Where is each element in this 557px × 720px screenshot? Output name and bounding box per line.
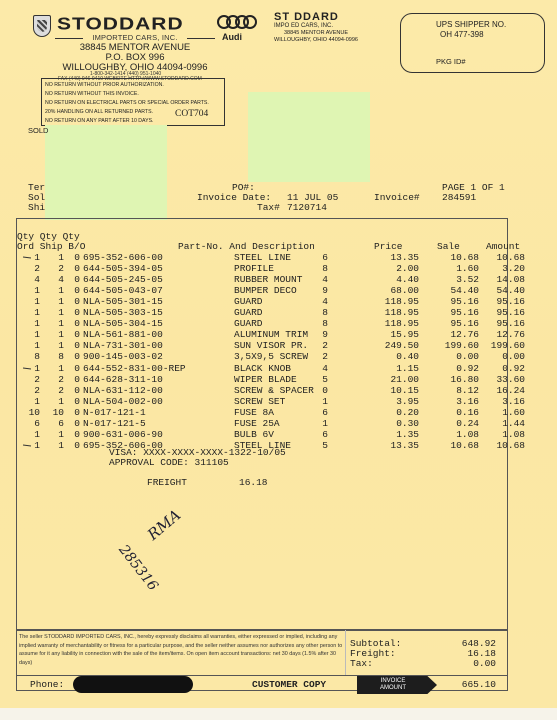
freight-note-value: 16.18	[239, 477, 268, 488]
tax-total-value: 0.00	[430, 658, 496, 669]
badge-line-2: AMOUNT	[357, 685, 429, 692]
sub-brand: IMPORTED CARS, INC.	[55, 33, 215, 42]
policy-code: COT704	[175, 109, 208, 119]
price-header: Price	[374, 241, 403, 252]
badge-line-1: INVOICE	[357, 678, 429, 685]
redacted-phone	[73, 676, 193, 693]
policy-line: NO RETURN WITHOUT PRIOR AUTHORIZATION.	[45, 81, 221, 90]
ship-label: Shi	[28, 203, 45, 213]
phone-label: Phone:	[30, 679, 64, 690]
cell-ord: 1	[16, 440, 40, 452]
footer-divider	[345, 630, 346, 675]
porsche-crest-icon	[33, 15, 51, 37]
audi-label: Audi	[222, 32, 242, 42]
tax-number: 7120714	[287, 203, 327, 213]
cell-code: 5	[316, 440, 328, 452]
invoice-number: 284591	[442, 193, 476, 203]
brand-name: STODDARD	[57, 14, 184, 34]
pkg-id-label: PKG ID#	[436, 57, 466, 66]
tax-total-label: Tax:	[350, 658, 373, 669]
return-address-1: 38845 MENTOR AVENUE	[274, 30, 379, 37]
shipper-number: OH 477-398	[440, 30, 484, 39]
policy-line: NO RETURN WITHOUT THIS INVOICE.	[45, 90, 221, 99]
handwriting-rma-number: 285316	[115, 542, 161, 594]
cell-ship: 1	[42, 440, 64, 452]
approval-code: APPROVAL CODE: 311105	[109, 457, 229, 468]
shipper-label: UPS SHIPPER NO.	[436, 20, 506, 29]
sold-label: SOLD	[28, 126, 48, 135]
return-brand: ST DDARD	[274, 12, 379, 22]
part-header: Part-No. And Description	[178, 241, 315, 252]
amount-header: Amount	[486, 241, 520, 252]
cell-bo: 0	[66, 440, 80, 452]
freight-note-label: FREIGHT	[147, 477, 187, 488]
return-address-block: ST DDARD IMPO ED CARS, INC. 38845 MENTOR…	[274, 12, 379, 44]
return-address-2: WILLOUGHBY, OHIO 44094-0996	[274, 37, 379, 44]
invoice-amount-value: 665.10	[430, 679, 496, 690]
redacted-ship-to	[248, 92, 370, 182]
invoice-number-label: Invoice#	[374, 193, 420, 203]
tax-label: Tax#	[257, 203, 280, 213]
warranty-disclaimer: The seller STODDARD IMPORTED CARS, INC.,…	[19, 633, 344, 667]
audi-rings-icon	[217, 15, 257, 29]
redacted-sold-to	[45, 125, 167, 220]
cell-price: 13.35	[356, 440, 419, 452]
invoice-amount-badge: INVOICE AMOUNT	[357, 676, 437, 694]
return-sub-brand: IMPO ED CARS, INC.	[274, 22, 379, 30]
handwritten-rma: RMA 285316	[120, 530, 210, 610]
scan-margin	[0, 708, 557, 720]
policy-line: NO RETURN ON ELECTRICAL PARTS OR SPECIAL…	[45, 99, 221, 108]
sale-header: Sale	[437, 241, 460, 252]
qty-header-bottom: Ord Ship B/O	[17, 241, 85, 252]
customer-copy-label: CUSTOMER COPY	[252, 679, 326, 690]
cell-amount: 10.68	[461, 440, 525, 452]
